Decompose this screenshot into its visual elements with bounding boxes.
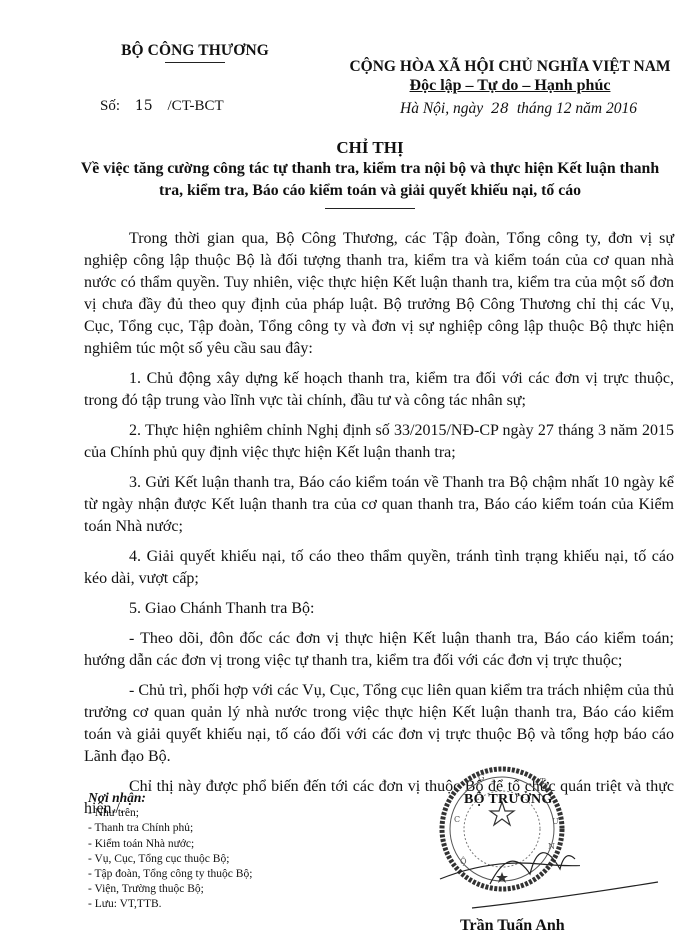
nation-name: CỘNG HÒA XÃ HỘI CHỦ NGHĨA VIỆT NAM xyxy=(330,58,690,76)
place-date-prefix: Hà Nội, ngày xyxy=(400,100,483,117)
recipient-item: - Kiểm toán Nhà nước; xyxy=(88,837,388,852)
organization-underline xyxy=(165,62,225,63)
recipient-item: - Tập đoàn, Tổng công ty thuộc Bộ; xyxy=(88,867,388,882)
day-handwritten: 28 xyxy=(487,101,513,117)
directive-item-1: 1. Chủ động xây dựng kế hoạch thanh tra,… xyxy=(84,368,674,412)
place-date-suffix: tháng 12 năm 2016 xyxy=(517,100,637,117)
document-type: CHỈ THỊ xyxy=(80,138,660,158)
official-seal-icon: C G T Ư N Ộ xyxy=(430,764,580,894)
doc-number-suffix: /CT-BCT xyxy=(168,98,224,114)
intro-paragraph: Trong thời gian qua, Bộ Công Thương, các… xyxy=(84,228,674,360)
signature-stroke-icon xyxy=(470,880,660,910)
national-motto: Độc lập – Tự do – Hạnh phúc xyxy=(330,77,690,95)
directive-subitem-1: - Theo dõi, đôn đốc các đơn vị thực hiện… xyxy=(84,628,674,672)
svg-text:G: G xyxy=(478,773,484,782)
organization-name: BỘ CÔNG THƯƠNG xyxy=(95,42,295,60)
doc-number-label: Số: xyxy=(100,98,120,114)
place-date: Hà Nội, ngày 28 tháng 12 năm 2016 xyxy=(400,100,637,118)
svg-text:N: N xyxy=(548,842,555,851)
national-header-block: CỘNG HÒA XÃ HỘI CHỦ NGHĨA VIỆT NAM Độc l… xyxy=(330,58,690,95)
document-title-block: CHỈ THỊ Về việc tăng cường công tác tự t… xyxy=(80,138,660,209)
signature-block: C G T Ư N Ộ BỘ TRƯỞNG Trần Tuấn Anh xyxy=(420,762,670,948)
recipient-item: - Lưu: VT,TTB. xyxy=(88,897,388,912)
recipients-heading: Nơi nhận: xyxy=(88,790,388,805)
signer-position: BỘ TRƯỞNG xyxy=(464,792,553,808)
recipient-item: - Thanh tra Chính phủ; xyxy=(88,821,388,836)
issuing-organization-block: BỘ CÔNG THƯƠNG xyxy=(95,42,295,63)
document-body: Trong thời gian qua, Bộ Công Thương, các… xyxy=(84,228,674,828)
svg-text:C: C xyxy=(454,815,460,824)
document-number: Số: 15 /CT-BCT xyxy=(100,98,224,115)
svg-text:Ộ: Ộ xyxy=(460,857,467,866)
directive-item-3: 3. Gửi Kết luận thanh tra, Báo cáo kiểm … xyxy=(84,472,674,538)
recipient-item: - Như trên; xyxy=(88,806,388,821)
directive-item-2: 2. Thực hiện nghiêm chỉnh Nghị định số 3… xyxy=(84,420,674,464)
directive-subitem-2: - Chủ trì, phối hợp với các Vụ, Cục, Tổn… xyxy=(84,680,674,768)
document-subject: Về việc tăng cường công tác tự thanh tra… xyxy=(80,158,660,202)
recipient-item: - Vụ, Cục, Tổng cục thuộc Bộ; xyxy=(88,852,388,867)
recipients-block: Nơi nhận: - Như trên; - Thanh tra Chính … xyxy=(88,790,388,913)
doc-number-handwritten: 15 xyxy=(124,98,164,114)
directive-item-5: 5. Giao Chánh Thanh tra Bộ: xyxy=(84,598,674,620)
signer-name: Trần Tuấn Anh xyxy=(460,917,565,935)
subject-underline xyxy=(325,208,415,209)
svg-text:T: T xyxy=(540,777,546,786)
directive-item-4: 4. Giải quyết khiếu nại, tố cáo theo thẩ… xyxy=(84,546,674,590)
recipient-item: - Viện, Trường thuộc Bộ; xyxy=(88,882,388,897)
